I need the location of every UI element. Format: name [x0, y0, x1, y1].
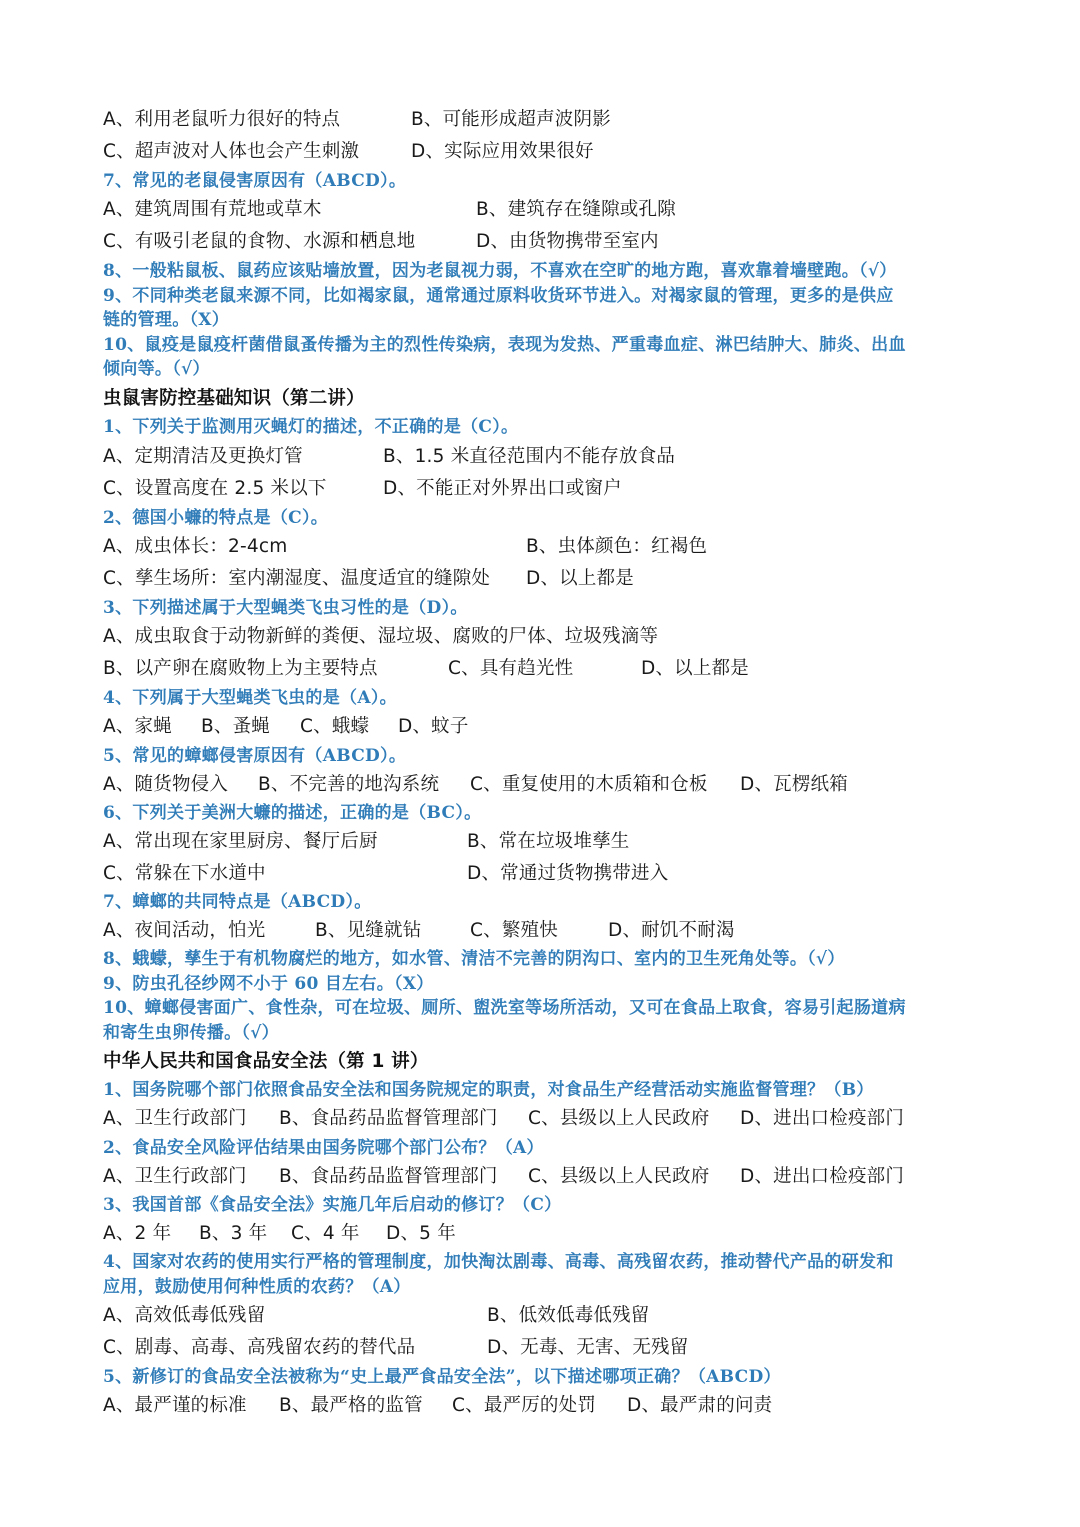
- option-d: D、5 年: [386, 1223, 456, 1245]
- option-c: C、孳生场所：室内潮湿度、温度适宜的缝隙处: [103, 568, 490, 590]
- option-c: C、剧毒、高毒、高残留农药的替代品: [103, 1337, 415, 1359]
- option-b: B、见缝就钻: [315, 920, 421, 942]
- option-row: C、剧毒、高毒、高残留农药的替代品 D、无毒、无害、无残留: [103, 1337, 1003, 1359]
- option-d: D、蚊子: [398, 716, 469, 738]
- option-d: D、实际应用效果很好: [411, 141, 594, 163]
- option-c: C、常躲在下水道中: [103, 863, 266, 885]
- option-c: C、有吸引老鼠的食物、水源和栖息地: [103, 231, 415, 253]
- option-row: A、家蝇 B、蚤蝇 C、蛾蠓 D、蚊子: [103, 716, 1003, 738]
- option-b: B、可能形成超声波阴影: [411, 109, 611, 131]
- option-c: C、县级以上人民政府: [528, 1108, 709, 1130]
- option-b: B、不完善的地沟系统: [258, 774, 439, 796]
- option-a: A、成虫取食于动物新鲜的粪便、湿垃圾、腐败的尸体、垃圾残滴等: [103, 626, 658, 648]
- option-a: A、最严谨的标准: [103, 1395, 247, 1417]
- option-c: C、蛾蠓: [300, 716, 369, 738]
- option-row: A、定期清洁及更换灯管 B、1.5 米直径范围内不能存放食品: [103, 446, 1003, 468]
- option-d: D、耐饥不耐渴: [608, 920, 735, 942]
- option-a: A、利用老鼠听力很好的特点: [103, 109, 340, 131]
- option-d: D、瓦楞纸箱: [740, 774, 848, 796]
- option-b: B、低效低毒低残留: [487, 1305, 650, 1327]
- option-row: A、卫生行政部门 B、食品药品监督管理部门 C、县级以上人民政府 D、进出口检疫…: [103, 1166, 1003, 1188]
- document-page: A、利用老鼠听力很好的特点 B、可能形成超声波阴影 C、超声波对人体也会产生刺激…: [0, 0, 1080, 1527]
- option-b: B、以产卵在腐败物上为主要特点: [103, 658, 378, 680]
- option-a: A、常出现在家里厨房、餐厅后厨: [103, 831, 378, 853]
- option-d: D、以上都是: [526, 568, 634, 590]
- option-b: B、食品药品监督管理部门: [279, 1166, 498, 1188]
- option-c: C、县级以上人民政府: [528, 1166, 709, 1188]
- question-text: 1、国务院哪个部门依照食品安全法和国务院规定的职责，对食品生产经营活动实施监督管…: [103, 1079, 874, 1101]
- option-row: A、卫生行政部门 B、食品药品监督管理部门 C、县级以上人民政府 D、进出口检疫…: [103, 1108, 1003, 1130]
- option-d: D、由货物携带至室内: [476, 231, 659, 253]
- option-c: C、超声波对人体也会产生刺激: [103, 141, 359, 163]
- option-c: C、最严厉的处罚: [452, 1395, 596, 1417]
- option-a: A、卫生行政部门: [103, 1108, 247, 1130]
- option-c: C、具有趋光性: [448, 658, 573, 680]
- option-row: A、随货物侵入 B、不完善的地沟系统 C、重复使用的木质箱和仓板 D、瓦楞纸箱: [103, 774, 1003, 796]
- question-text: 3、我国首部《食品安全法》实施几年后启动的修订？（C）: [103, 1194, 561, 1216]
- question-text: 8、一般粘鼠板、鼠药应该贴墙放置，因为老鼠视力弱，不喜欢在空旷的地方跑，喜欢靠着…: [103, 260, 897, 282]
- question-text: 9、防虫孔径纱网不小于 60 目左右。（X）: [103, 973, 434, 995]
- option-row: C、超声波对人体也会产生刺激 D、实际应用效果很好: [103, 141, 1003, 163]
- question-text: 4、国家对农药的使用实行严格的管理制度，加快淘汰剧毒、高毒、高残留农药，推动替代…: [103, 1251, 894, 1273]
- option-a: A、2 年: [103, 1223, 171, 1245]
- question-text: 4、下列属于大型蝇类飞虫的是（A）。: [103, 687, 397, 709]
- question-text-continued: 和寄生虫卵传播。（√）: [103, 1022, 279, 1044]
- question-text: 10、蟑螂侵害面广、食性杂，可在垃圾、厕所、盥洗室等场所活动，又可在食品上取食，…: [103, 997, 906, 1019]
- option-c: C、繁殖快: [470, 920, 558, 942]
- section-heading: 虫鼠害防控基础知识（第二讲）: [103, 388, 365, 410]
- option-row: C、设置高度在 2.5 米以下 D、不能正对外界出口或窗户: [103, 478, 1003, 500]
- option-a: A、随货物侵入: [103, 774, 228, 796]
- option-a: A、建筑周围有荒地或草木: [103, 199, 322, 221]
- question-text: 1、下列关于监测用灭蝇灯的描述，不正确的是（C）。: [103, 416, 518, 438]
- question-text: 2、德国小蠊的特点是（C）。: [103, 507, 328, 529]
- option-row: C、孳生场所：室内潮湿度、温度适宜的缝隙处 D、以上都是: [103, 568, 1003, 590]
- option-b: B、建筑存在缝隙或孔隙: [476, 199, 676, 221]
- question-text: 6、下列关于美洲大蠊的描述，正确的是（BC）。: [103, 802, 481, 824]
- option-d: D、常通过货物携带进入: [467, 863, 668, 885]
- option-a: A、高效低毒低残留: [103, 1305, 265, 1327]
- option-d: D、进出口检疫部门: [740, 1166, 904, 1188]
- option-c: C、设置高度在 2.5 米以下: [103, 478, 327, 500]
- option-row: C、有吸引老鼠的食物、水源和栖息地 D、由货物携带至室内: [103, 231, 1003, 253]
- option-d: D、进出口检疫部门: [740, 1108, 904, 1130]
- option-d: D、不能正对外界出口或窗户: [383, 478, 622, 500]
- option-row: A、高效低毒低残留 B、低效低毒低残留: [103, 1305, 1003, 1327]
- option-row: C、常躲在下水道中 D、常通过货物携带进入: [103, 863, 1003, 885]
- question-text-continued: 应用，鼓励使用何种性质的农药？（A）: [103, 1276, 411, 1298]
- question-text: 7、常见的老鼠侵害原因有（ABCD）。: [103, 170, 406, 192]
- question-text: 5、新修订的食品安全法被称为“史上最严食品安全法”，以下描述哪项正确？（ABCD…: [103, 1366, 781, 1388]
- question-text: 10、鼠疫是鼠疫杆菌借鼠蚤传播为主的烈性传染病，表现为发热、严重毒血症、淋巴结肿…: [103, 334, 906, 356]
- option-b: B、虫体颜色：红褐色: [526, 536, 707, 558]
- option-a: A、定期清洁及更换灯管: [103, 446, 303, 468]
- option-b: B、最严格的监管: [279, 1395, 423, 1417]
- question-text-continued: 倾向等。（√）: [103, 358, 210, 380]
- question-text: 9、不同种类老鼠来源不同，比如褐家鼠，通常通过原料收货环节进入。对褐家鼠的管理，…: [103, 285, 894, 307]
- option-d: D、无毒、无害、无残留: [487, 1337, 688, 1359]
- option-row: A、建筑周围有荒地或草木 B、建筑存在缝隙或孔隙: [103, 199, 1003, 221]
- question-text-continued: 链的管理。（X）: [103, 309, 229, 331]
- option-c: C、重复使用的木质箱和仓板: [470, 774, 708, 796]
- question-text: 8、蛾蠓，孳生于有机物腐烂的地方，如水管、清洁不完善的阴沟口、室内的卫生死角处等…: [103, 948, 845, 970]
- option-a: A、家蝇: [103, 716, 172, 738]
- question-text: 7、蟑螂的共同特点是（ABCD）。: [103, 891, 372, 913]
- option-row: B、以产卵在腐败物上为主要特点 C、具有趋光性 D、以上都是: [103, 658, 1003, 680]
- option-a: A、夜间活动，怕光: [103, 920, 265, 942]
- option-row: A、2 年 B、3 年 C、4 年 D、5 年: [103, 1223, 1003, 1245]
- option-b: B、蚤蝇: [201, 716, 270, 738]
- option-b: B、常在垃圾堆孳生: [467, 831, 630, 853]
- option-row: A、最严谨的标准 B、最严格的监管 C、最严厉的处罚 D、最严肃的问责: [103, 1395, 1003, 1417]
- option-d: D、以上都是: [641, 658, 749, 680]
- option-row: A、常出现在家里厨房、餐厅后厨 B、常在垃圾堆孳生: [103, 831, 1003, 853]
- option-row: A、夜间活动，怕光 B、见缝就钻 C、繁殖快 D、耐饥不耐渴: [103, 920, 1003, 942]
- option-a: A、成虫体长：2-4cm: [103, 536, 287, 558]
- option-b: B、3 年: [199, 1223, 267, 1245]
- option-row: A、成虫体长：2-4cm B、虫体颜色：红褐色: [103, 536, 1003, 558]
- option-c: C、4 年: [291, 1223, 360, 1245]
- option-b: B、1.5 米直径范围内不能存放食品: [383, 446, 675, 468]
- section-heading: 中华人民共和国食品安全法（第 1 讲）: [103, 1051, 429, 1073]
- question-text: 5、常见的蟑螂侵害原因有（ABCD）。: [103, 745, 406, 767]
- option-d: D、最严肃的问责: [627, 1395, 772, 1417]
- option-row: A、利用老鼠听力很好的特点 B、可能形成超声波阴影: [103, 109, 1003, 131]
- question-text: 2、食品安全风险评估结果由国务院哪个部门公布？（A）: [103, 1137, 544, 1159]
- question-text: 3、下列描述属于大型蝇类飞虫习性的是（D）。: [103, 597, 468, 619]
- option-b: B、食品药品监督管理部门: [279, 1108, 498, 1130]
- option-a: A、卫生行政部门: [103, 1166, 247, 1188]
